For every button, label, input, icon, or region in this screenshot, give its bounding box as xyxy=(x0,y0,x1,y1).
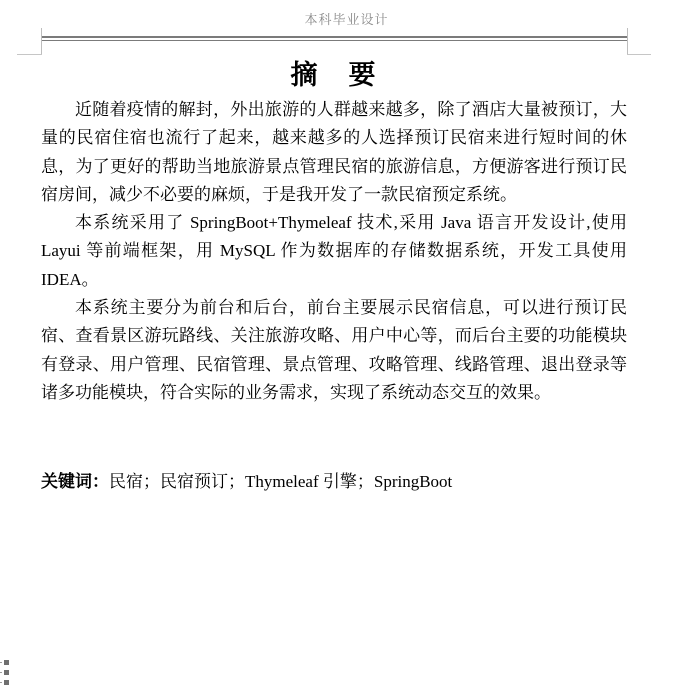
word-document-page: { "page": { "header": { "text": "本科毕业设计"… xyxy=(0,0,693,694)
crop-mark-top-right-horizontal xyxy=(627,54,651,55)
crop-mark-top-right-vertical xyxy=(627,28,628,55)
keywords-text: 民宿；民宿预订；Thymeleaf 引擎；SpringBoot xyxy=(109,472,452,491)
abstract-paragraph-3: 本系统主要分为前台和后台，前台主要展示民宿信息，可以进行预订民宿、查看景区游玩路… xyxy=(41,294,627,407)
abstract-title: 摘 要 xyxy=(41,53,627,92)
keywords-label: 关键词： xyxy=(41,472,109,491)
crop-mark-top-left-horizontal xyxy=(17,54,42,55)
keywords-line: 关键词：民宿；民宿预订；Thymeleaf 引擎；SpringBoot xyxy=(41,468,651,496)
page-header-text: 本科毕业设计 xyxy=(0,9,693,28)
edge-dot-icon xyxy=(4,670,9,675)
header-double-rule xyxy=(41,36,627,41)
page-edge-dot-marks xyxy=(0,659,12,689)
abstract-paragraph-1: 近随着疫情的解封，外出旅游的人群越来越多，除了酒店大量被预订，大量的民宿住宿也流… xyxy=(41,96,627,209)
edge-dot-icon xyxy=(4,660,9,665)
abstract-body: 近随着疫情的解封，外出旅游的人群越来越多，除了酒店大量被预订，大量的民宿住宿也流… xyxy=(41,96,627,407)
edge-dot-icon xyxy=(4,680,9,685)
abstract-paragraph-2: 本系统采用了 SpringBoot+Thymeleaf 技术,采用 Java 语… xyxy=(41,209,627,294)
crop-mark-top-left-vertical xyxy=(41,28,42,55)
